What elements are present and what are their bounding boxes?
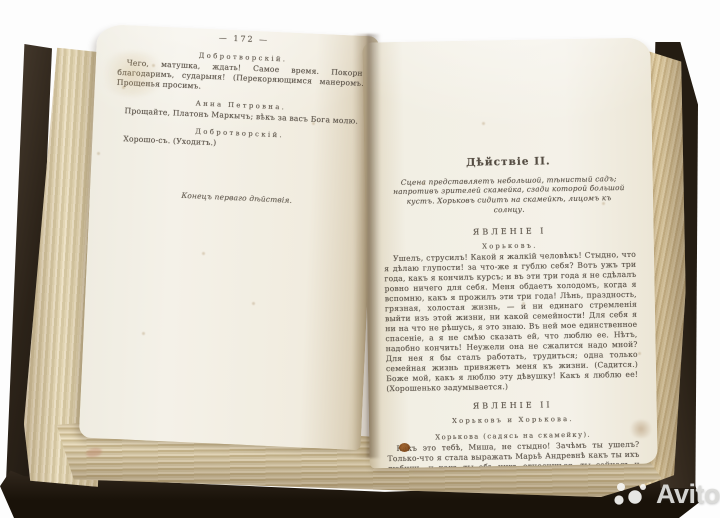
act-heading: Дѣйствіе II. <box>382 154 634 172</box>
book-photo: — 172 — Добротворскій. Чего, матушка, жд… <box>0 0 720 518</box>
stage-direction: Сцена представляетъ небольшой, тѣнистый … <box>391 174 628 217</box>
dialogue-line: Какъ это тебѣ, Миша, не стыдно! Зачѣмъ т… <box>387 439 640 468</box>
scene-characters: Хорьковъ и Хорькова. <box>387 413 639 426</box>
left-page-text: — 172 — Добротворскій. Чего, матушка, жд… <box>112 29 369 208</box>
book-page-left: — 172 — Добротворскій. Чего, матушка, жд… <box>79 24 379 450</box>
scene-heading: ЯВЛЕНІЕ I <box>384 225 636 240</box>
dialogue-line: Ушелъ, струсилъ! Какой я жалкій человѣкъ… <box>384 250 638 395</box>
scene-heading: ЯВЛЕНІЕ II <box>387 399 639 414</box>
page-number: — 172 — <box>119 29 369 51</box>
right-page-text: Дѣйствіе II. Сцена представляетъ небольш… <box>382 154 640 469</box>
book-page-right: Дѣйствіе II. Сцена представляетъ небольш… <box>362 38 657 469</box>
act-end-note: Конецъ перваго дѣйствія. <box>112 187 362 208</box>
